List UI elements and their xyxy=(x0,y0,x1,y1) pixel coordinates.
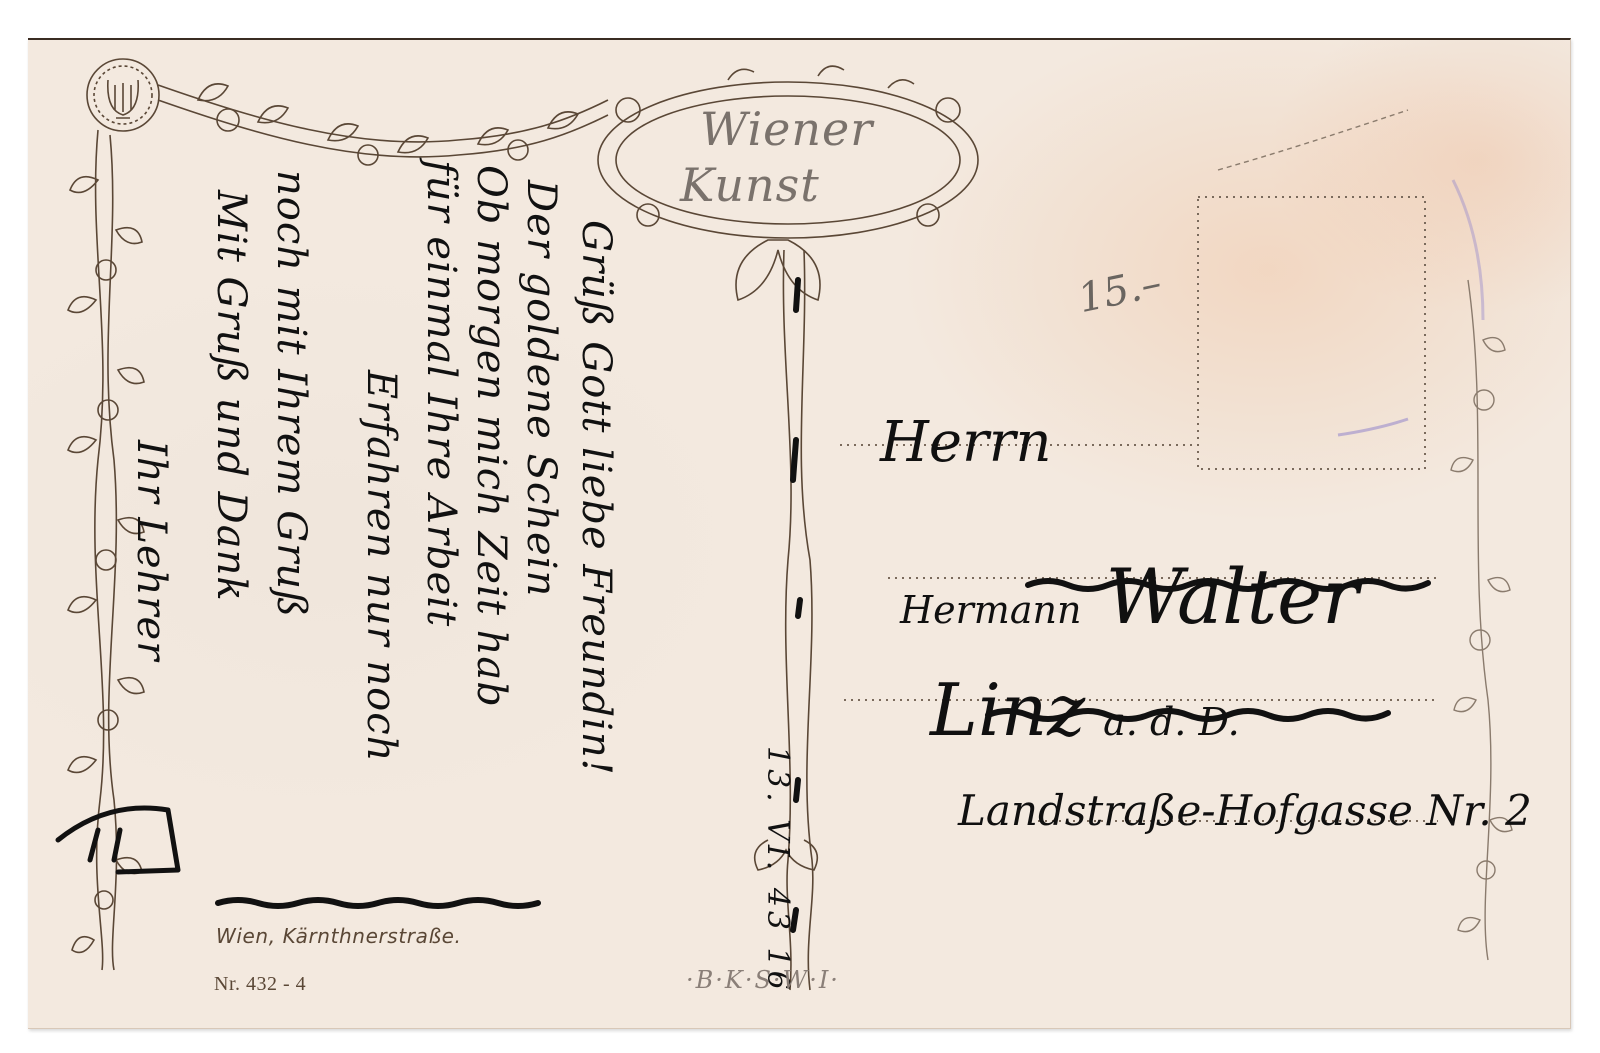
address-salutation: Herrn xyxy=(880,410,1052,475)
message-column: noch mit Ihrem Gruß xyxy=(268,170,314,618)
publisher-mark: ·B·K·S·W·I· xyxy=(686,966,840,994)
message-column: für einmal Ihre Arbeit xyxy=(418,160,464,627)
catalog-number: Nr. 432 - 4 xyxy=(214,973,306,996)
address-city: Linza. d. D. xyxy=(930,668,1240,752)
message-column: Ob morgen mich Zeit hab xyxy=(468,165,514,708)
vignette-title-line1: Wiener xyxy=(700,102,873,156)
message-column: Grüß Gott liebe Freundin! xyxy=(573,220,619,776)
stamp-box xyxy=(1198,197,1425,469)
address-city-name: Linz xyxy=(930,668,1085,752)
address-surname: Walter xyxy=(1105,552,1358,641)
vignette-title-line2: Kunst xyxy=(680,158,820,212)
message-column: Erfahren nur noch xyxy=(358,370,404,762)
date-handwritten: 13. VI. 43 16 xyxy=(760,746,795,994)
postcard: Wiener Kunst Grüß Gott liebe Freundin! D… xyxy=(28,38,1571,1029)
message-column: Ihr Lehrer xyxy=(128,440,174,661)
address-first-name: Hermann xyxy=(900,588,1081,632)
address-name: HermannWalter xyxy=(900,552,1358,641)
lyre-emblem-icon xyxy=(87,59,159,131)
message-column: Mit Gruß und Dank xyxy=(208,190,254,602)
address-city-suffix: a. d. D. xyxy=(1103,700,1240,744)
printed-caption: Wien, Kärnthnerstraße. xyxy=(216,924,462,948)
address-street: Landstraße-Hofgasse Nr. 2 xyxy=(958,786,1532,835)
top-garland xyxy=(158,84,608,165)
message-column: Der goldene Schein xyxy=(518,180,564,597)
